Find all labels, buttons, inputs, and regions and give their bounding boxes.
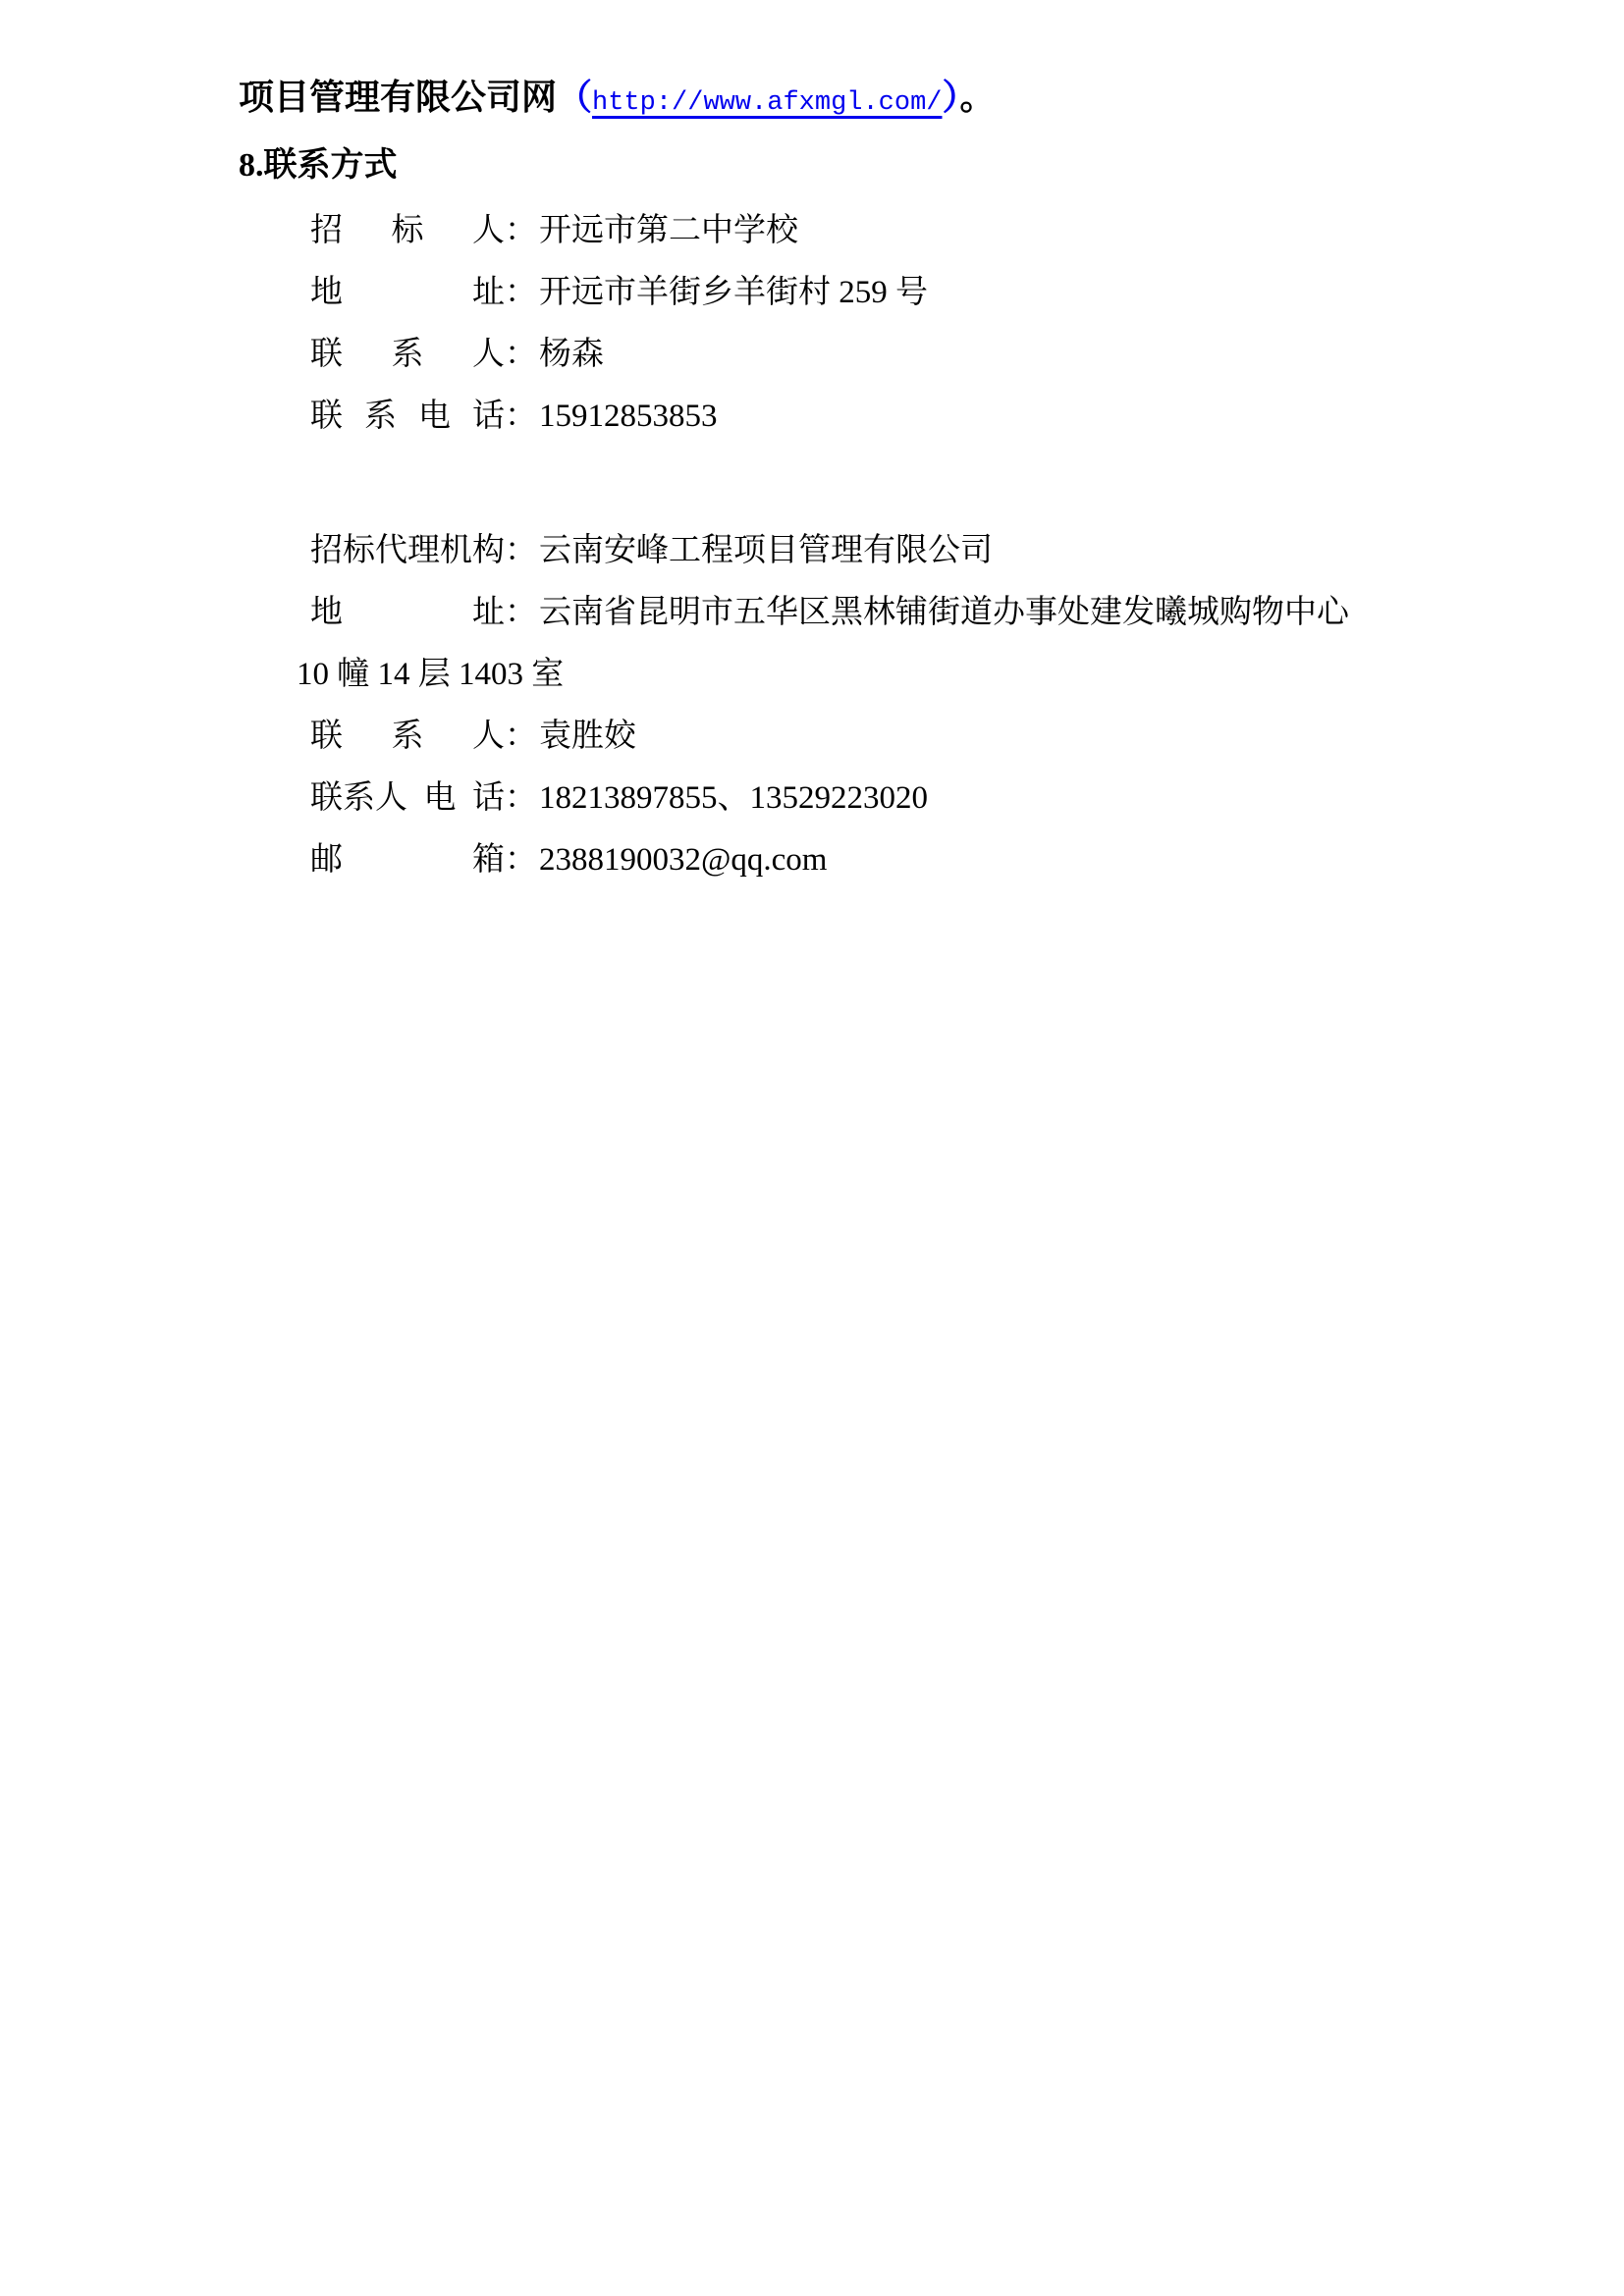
field-label-segment: 系 xyxy=(364,386,397,448)
field-label-segment: 电 xyxy=(424,768,457,829)
field-label-segment: 标 xyxy=(392,200,424,262)
contact-row: 招标代理机构：云南安峰工程项目管理有限公司 xyxy=(310,520,1393,582)
field-label: 联系人 xyxy=(310,706,505,768)
field-label: 联系人电话 xyxy=(310,768,505,829)
field-colon: ： xyxy=(505,842,537,878)
contact-row: 联系电话：15912853853 xyxy=(310,386,1393,448)
field-label: 联系电话 xyxy=(310,386,505,448)
field-label-segment: 箱 xyxy=(472,829,505,891)
close-paren: ） xyxy=(943,78,960,117)
field-colon: ： xyxy=(505,533,537,568)
contact-row: 地址：开远市羊街乡羊街村 259 号 xyxy=(310,262,1393,324)
field-label-segment: 话 xyxy=(472,768,505,829)
field-colon: ： xyxy=(505,780,537,816)
field-label-segment: 招 xyxy=(310,200,343,262)
contact-row: 地址：云南省昆明市五华区黑林铺街道办事处建发曦城购物中心 xyxy=(310,582,1393,644)
field-label-segment: 联 xyxy=(310,324,343,386)
field-label: 地址 xyxy=(310,262,505,324)
agency-contact-block: 招标代理机构：云南安峰工程项目管理有限公司地址：云南省昆明市五华区黑林铺街道办事… xyxy=(310,520,1393,891)
field-colon: ： xyxy=(505,337,537,372)
open-paren: （ xyxy=(557,78,592,117)
field-value: 开远市羊街乡羊街村 259 号 xyxy=(537,275,928,310)
section-heading: 8.联系方式 xyxy=(239,143,1393,188)
contact-row: 联系人：杨森 xyxy=(310,324,1393,386)
field-label-segment: 人 xyxy=(472,200,505,262)
bidder-contact-block: 招标人：开远市第二中学校地址：开远市羊街乡羊街村 259 号联系人：杨森联系电话… xyxy=(310,200,1393,448)
contact-row: 招标人：开远市第二中学校 xyxy=(310,200,1393,262)
field-colon: ： xyxy=(505,213,537,248)
field-value-continuation: 10 幢 14 层 1403 室 xyxy=(297,644,1393,706)
field-label: 联系人 xyxy=(310,324,505,386)
field-value: 开远市第二中学校 xyxy=(537,213,798,248)
field-value: 15912853853 xyxy=(537,399,718,434)
intro-text: 项目管理有限公司网 xyxy=(239,78,557,117)
field-value: 袁胜姣 xyxy=(537,719,636,754)
intro-line: 项目管理有限公司网（http://www.afxmgl.com/）。 xyxy=(239,75,1393,126)
field-label-segment: 联 xyxy=(310,386,343,448)
field-label: 邮箱 xyxy=(310,829,505,891)
field-label-segment: 地 xyxy=(310,582,343,644)
field-colon: ： xyxy=(505,595,537,630)
field-value: 2388190032@qq.com xyxy=(537,842,827,878)
field-value: 18213897855、13529223020 xyxy=(537,780,928,816)
field-label: 地址 xyxy=(310,582,505,644)
field-label-segment: 招标代理机构 xyxy=(310,520,505,582)
field-label-segment: 人 xyxy=(472,706,505,768)
field-colon: ： xyxy=(505,399,537,434)
field-label-segment: 电 xyxy=(418,386,451,448)
field-value: 云南省昆明市五华区黑林铺街道办事处建发曦城购物中心 xyxy=(537,595,1349,630)
field-label-segment: 话 xyxy=(472,386,505,448)
field-label: 招标代理机构 xyxy=(310,520,505,582)
field-label-segment: 地 xyxy=(310,262,343,324)
field-colon: ： xyxy=(505,275,537,310)
field-colon: ： xyxy=(505,719,537,754)
contact-row: 邮箱：2388190032@qq.com xyxy=(310,829,1393,891)
field-label: 招标人 xyxy=(310,200,505,262)
field-value: 云南安峰工程项目管理有限公司 xyxy=(537,533,993,568)
field-label-segment: 系 xyxy=(392,706,424,768)
field-label-segment: 联 xyxy=(310,706,343,768)
website-link[interactable]: http://www.afxmgl.com/ xyxy=(592,88,942,118)
contact-row: 联系人电话：18213897855、13529223020 xyxy=(310,768,1393,829)
field-label-segment: 系 xyxy=(392,324,424,386)
field-value: 杨森 xyxy=(537,337,604,372)
field-label-segment: 址 xyxy=(472,262,505,324)
document-page: 项目管理有限公司网（http://www.afxmgl.com/）。 8.联系方… xyxy=(0,0,1624,2296)
field-label-segment: 联系人 xyxy=(310,768,407,829)
field-label-segment: 人 xyxy=(472,324,505,386)
field-label-segment: 址 xyxy=(472,582,505,644)
contact-row: 联系人：袁胜姣 xyxy=(310,706,1393,768)
field-label-segment: 邮 xyxy=(310,829,343,891)
intro-period: 。 xyxy=(960,78,996,117)
